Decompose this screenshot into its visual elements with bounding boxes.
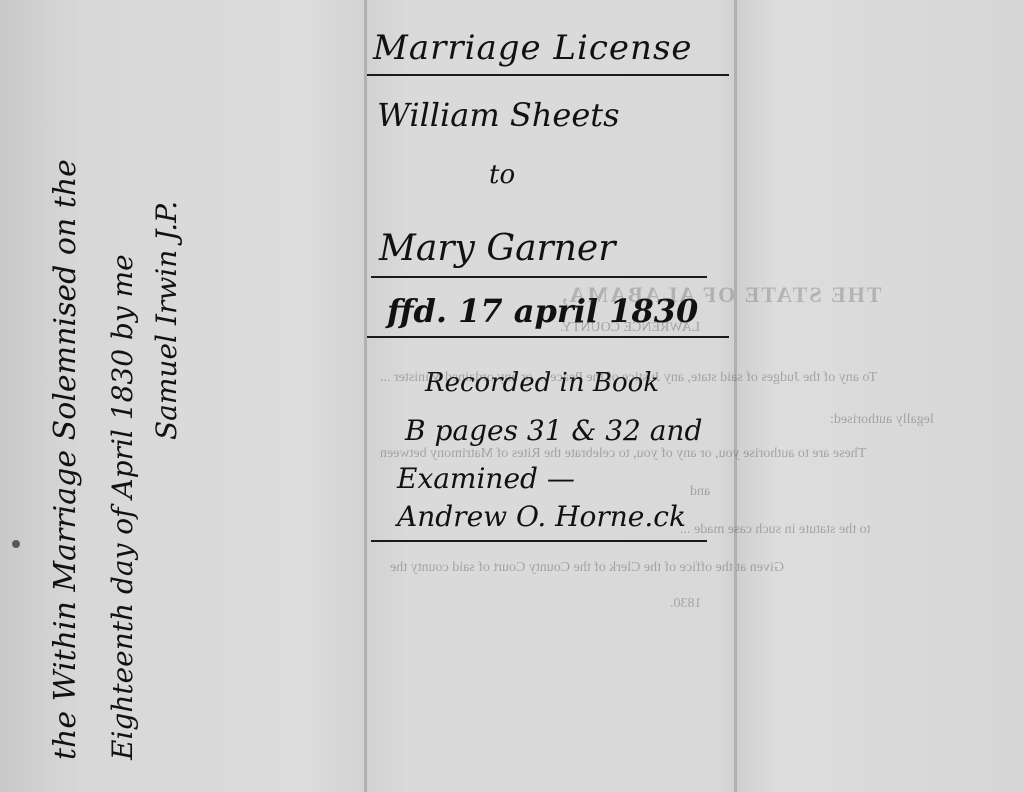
bride-underline	[371, 276, 707, 278]
bleed-line-5: to the statute in such case made ...	[680, 522, 871, 538]
bleed-line-3: These are to authorise you, or any of yo…	[380, 446, 866, 462]
officiant-signature: Samuel Irwin J.P.	[150, 201, 183, 440]
center-panel: Marriage License William Sheets to Mary …	[367, 0, 734, 792]
examined-line: Examined —	[397, 462, 575, 495]
solemnisation-line-1: the Within Marriage Solemnised on the	[48, 159, 83, 760]
filed-underline	[367, 336, 729, 338]
left-panel: the Within Marriage Solemnised on the Ei…	[0, 0, 364, 792]
bleed-line-4: and	[690, 484, 710, 500]
fold-line-right	[734, 0, 737, 792]
bleed-county: LAWRENCE COUNTY.	[560, 320, 700, 336]
signature-underline	[371, 540, 707, 542]
bleed-line-2: legally authorised:	[830, 412, 934, 428]
ink-spot	[12, 540, 20, 548]
bride-name: Mary Garner	[379, 228, 615, 269]
connector-to: to	[489, 160, 515, 190]
bleed-line-6: Given at the office of the Clerk of the …	[390, 560, 784, 576]
bleed-header: THE STATE OF ALABAMA,	[560, 282, 882, 308]
scanned-document: the Within Marriage Solemnised on the Ei…	[0, 0, 1024, 792]
solemnisation-line-2: Eighteenth day of April 1830 by me	[106, 254, 139, 760]
clerk-signature: Andrew O. Horne.ck	[397, 500, 686, 533]
recorded-line-2: B pages 31 & 32 and	[405, 414, 702, 447]
bleed-line-1: To any of the Judges of said state, any …	[380, 370, 877, 386]
document-title: Marriage License	[373, 28, 693, 68]
groom-name: William Sheets	[377, 96, 620, 134]
bleed-line-7: 1830.	[670, 596, 702, 612]
title-underline	[367, 74, 729, 76]
